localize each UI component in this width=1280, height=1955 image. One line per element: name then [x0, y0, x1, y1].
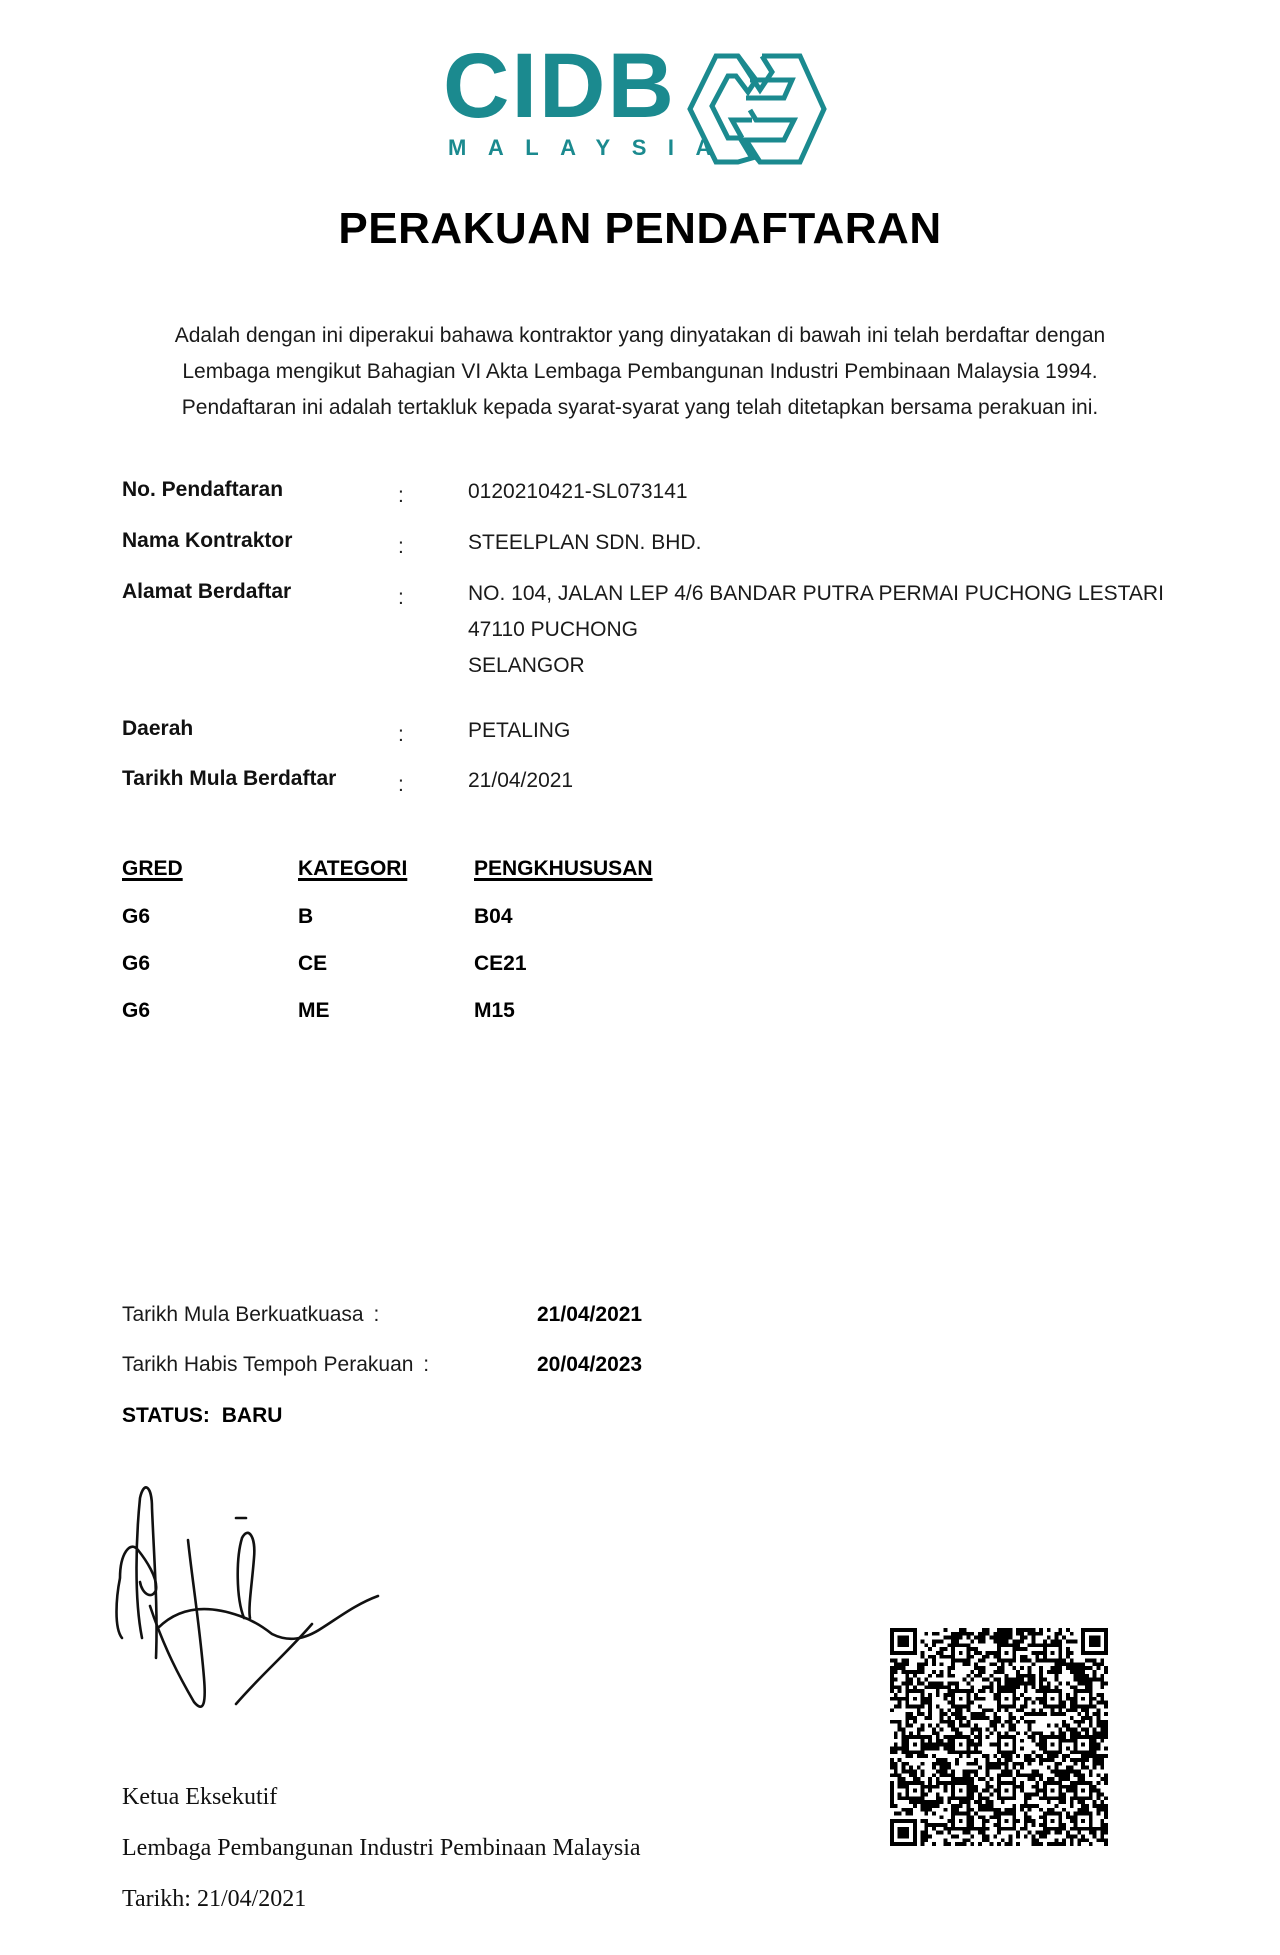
expiry-label-text: Tarikh Habis Tempoh Perakuan — [122, 1353, 413, 1376]
specialization-cell: B04 — [474, 905, 513, 929]
separator: : — [398, 773, 404, 797]
registration-no-value: 0120210421-SL073141 — [468, 474, 688, 510]
category-cell: B — [298, 905, 313, 929]
separator: : — [398, 484, 404, 508]
effective-from-label: Tarikh Mula Berkuatkuasa : — [122, 1303, 379, 1327]
column-header-grade: GRED — [122, 857, 183, 881]
district-label: Daerah — [122, 717, 193, 741]
date-label: Tarikh: — [122, 1886, 191, 1912]
intro-line: Lembaga mengikut Bahagian VI Akta Lembag… — [0, 354, 1280, 390]
status-badge: STATUS: BARU — [122, 1404, 282, 1428]
address-line: NO. 104, JALAN LEP 4/6 BANDAR PUTRA PERM… — [468, 576, 1164, 612]
address-label: Alamat Berdaftar — [122, 580, 291, 604]
contractor-name-label: Nama Kontraktor — [122, 529, 292, 553]
page-title: PERAKUAN PENDAFTARAN — [0, 204, 1280, 254]
address-line: 47110 PUCHONG — [468, 612, 1164, 648]
address-value: NO. 104, JALAN LEP 4/6 BANDAR PUTRA PERM… — [468, 576, 1164, 684]
specialization-cell: M15 — [474, 999, 515, 1023]
contractor-name-value: STEELPLAN SDN. BHD. — [468, 525, 701, 561]
handwritten-signature-icon — [112, 1478, 382, 1718]
column-header-category: KATEGORI — [298, 857, 407, 881]
qr-code-icon — [890, 1628, 1108, 1846]
grade-cell: G6 — [122, 952, 150, 976]
logo-wordmark: CIDB — [443, 40, 676, 132]
separator: : — [373, 1303, 379, 1326]
signatory-organization: Lembaga Pembangunan Industri Pembinaan M… — [122, 1835, 641, 1862]
separator: : — [398, 723, 404, 747]
status-label: STATUS: — [122, 1404, 210, 1427]
expiry-value: 20/04/2023 — [537, 1353, 642, 1377]
district-value: PETALING — [468, 713, 570, 749]
address-line: SELANGOR — [468, 648, 1164, 684]
status-value: BARU — [222, 1404, 283, 1427]
column-header-specialization: PENGKHUSUSAN — [474, 857, 653, 881]
category-cell: ME — [298, 999, 330, 1023]
specialization-cell: CE21 — [474, 952, 527, 976]
registration-start-label: Tarikh Mula Berdaftar — [122, 767, 336, 791]
signatory-position: Ketua Eksekutif — [122, 1784, 277, 1811]
signatory-date: Tarikh: 21/04/2021 — [122, 1886, 306, 1913]
grade-cell: G6 — [122, 905, 150, 929]
expiry-label: Tarikh Habis Tempoh Perakuan : — [122, 1353, 429, 1377]
intro-line: Adalah dengan ini diperakui bahawa kontr… — [0, 318, 1280, 354]
registration-no-label: No. Pendaftaran — [122, 478, 283, 502]
separator: : — [423, 1353, 429, 1376]
cidb-hexagon-mark-icon — [676, 50, 828, 168]
date-value: 21/04/2021 — [197, 1886, 306, 1912]
category-cell: CE — [298, 952, 327, 976]
effective-from-label-text: Tarikh Mula Berkuatkuasa — [122, 1303, 364, 1326]
grade-cell: G6 — [122, 999, 150, 1023]
separator: : — [398, 586, 404, 610]
intro-line: Pendaftaran ini adalah tertakluk kepada … — [0, 390, 1280, 426]
separator: : — [398, 535, 404, 559]
registration-start-value: 21/04/2021 — [468, 763, 573, 799]
effective-from-value: 21/04/2021 — [537, 1303, 642, 1327]
intro-paragraph: Adalah dengan ini diperakui bahawa kontr… — [0, 318, 1280, 426]
